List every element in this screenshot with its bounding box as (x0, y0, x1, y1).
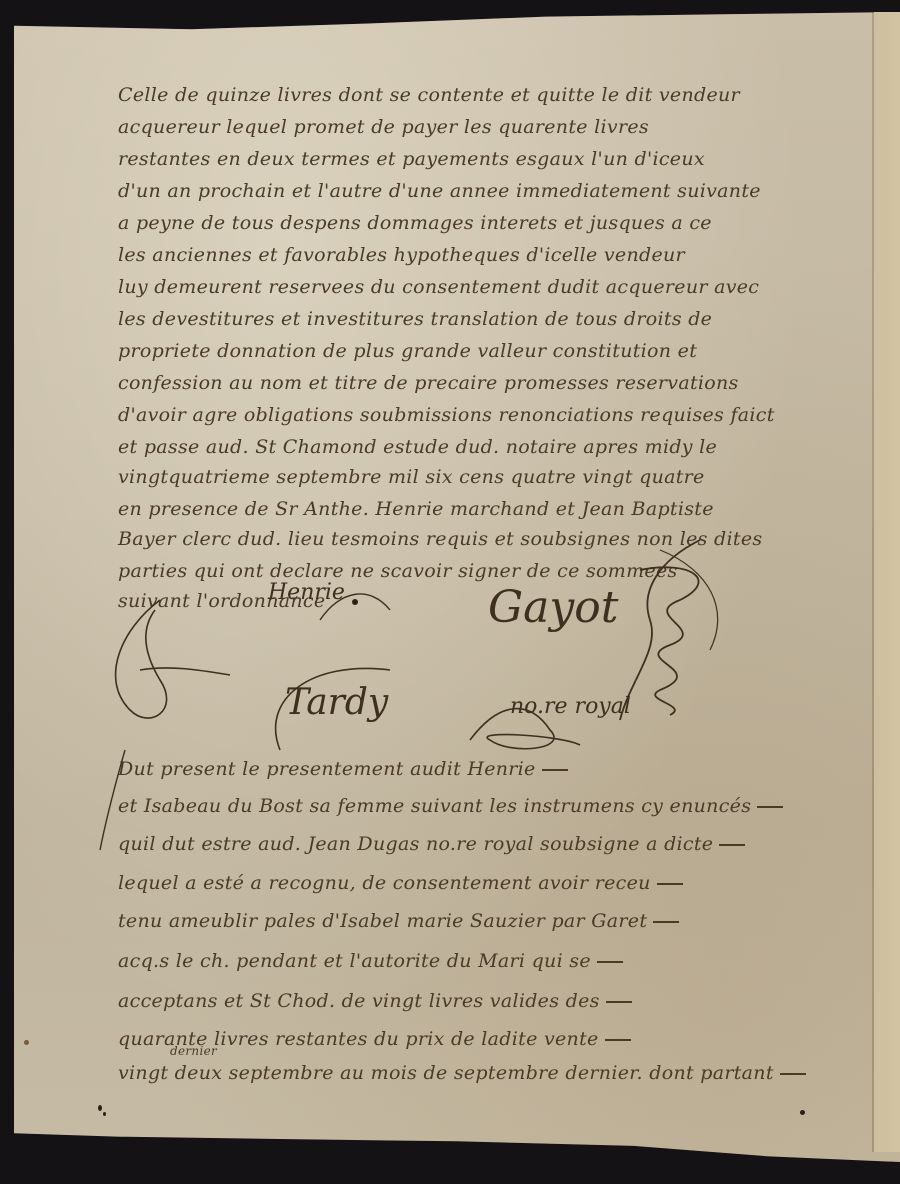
line-text: acq.s le ch. pendant et l'autorite du Ma… (118, 950, 591, 972)
line-filler-dash (757, 806, 783, 808)
interlinear-insertion: dernier (170, 1044, 217, 1058)
manuscript-line: a peyne de tous despens dommages interet… (118, 212, 712, 234)
manuscript-line: Dut present le presentement audit Henrie (118, 758, 568, 780)
line-text: acceptans et St Chod. de vingt livres va… (118, 990, 600, 1012)
manuscript-line: acceptans et St Chod. de vingt livres va… (118, 990, 632, 1012)
ink-mark-flourish (310, 580, 410, 640)
line-text: vingt deux septembre au mois de septembr… (118, 1062, 774, 1084)
manuscript-line: vingtquatrieme septembre mil six cens qu… (118, 466, 705, 488)
manuscript-line: et Isabeau du Bost sa femme suivant les … (118, 795, 783, 817)
manuscript-line: acquereur lequel promet de payer les qua… (118, 116, 649, 138)
line-text: lequel a esté a recognu, de consentement… (118, 872, 651, 894)
manuscript-line: les devestitures et investitures transla… (118, 308, 712, 330)
adjacent-page-edge (874, 12, 900, 1152)
manuscript-line: restantes en deux termes et payements es… (118, 148, 705, 170)
manuscript-line: confession au nom et titre de precaire p… (118, 372, 739, 394)
manuscript-line: luy demeurent reservees du consentement … (118, 276, 759, 298)
manuscript-line: acq.s le ch. pendant et l'autorite du Ma… (118, 950, 623, 972)
signature-gayot: Gayot (488, 582, 618, 633)
margin-bracket-stroke (95, 745, 135, 855)
manuscript-line: Celle de quinze livres dont se contente … (118, 84, 740, 106)
paper-hole (800, 1110, 805, 1115)
manuscript-line: tenu ameublir pales d'Isabel marie Sauzi… (118, 910, 679, 932)
manuscript-line: en presence de Sr Anthe. Henrie marchand… (118, 498, 714, 520)
manuscript-line: les anciennes et favorables hypotheques … (118, 244, 685, 266)
line-text: et Isabeau du Bost sa femme suivant les … (118, 795, 751, 817)
line-text: Dut present le presentement audit Henrie (118, 758, 536, 780)
manuscript-line: d'un an prochain et l'autre d'une annee … (118, 180, 761, 202)
manuscript-line: et passe aud. St Chamond estude dud. not… (118, 436, 717, 458)
line-filler-dash (542, 769, 568, 771)
document-scan: Celle de quinze livres dont se contente … (0, 0, 900, 1184)
ink-spot (98, 1105, 102, 1111)
tardy-paraph-flourish (250, 640, 650, 760)
foxing-stain (24, 1040, 29, 1045)
ink-spot (103, 1112, 106, 1116)
manuscript-line: vingt deux septembre au mois de septembr… (118, 1062, 806, 1084)
line-filler-dash (606, 1001, 632, 1003)
manuscript-line: d'avoir agre obligations soubmissions re… (118, 404, 775, 426)
line-text: tenu ameublir pales d'Isabel marie Sauzi… (118, 910, 647, 932)
line-filler-dash (780, 1073, 806, 1075)
manuscript-line: parties qui ont declare ne scavoir signe… (118, 560, 678, 582)
line-filler-dash (605, 1039, 631, 1041)
line-text: quil dut estre aud. Jean Dugas no.re roy… (118, 833, 713, 855)
line-filler-dash (653, 921, 679, 923)
page-fold-line (872, 12, 874, 1152)
manuscript-line: propriete donnation de plus grande valle… (118, 340, 697, 362)
manuscript-line: quil dut estre aud. Jean Dugas no.re roy… (118, 833, 745, 855)
manuscript-line: lequel a esté a recognu, de consentement… (118, 872, 683, 894)
line-filler-dash (719, 844, 745, 846)
line-filler-dash (597, 961, 623, 963)
line-filler-dash (657, 883, 683, 885)
